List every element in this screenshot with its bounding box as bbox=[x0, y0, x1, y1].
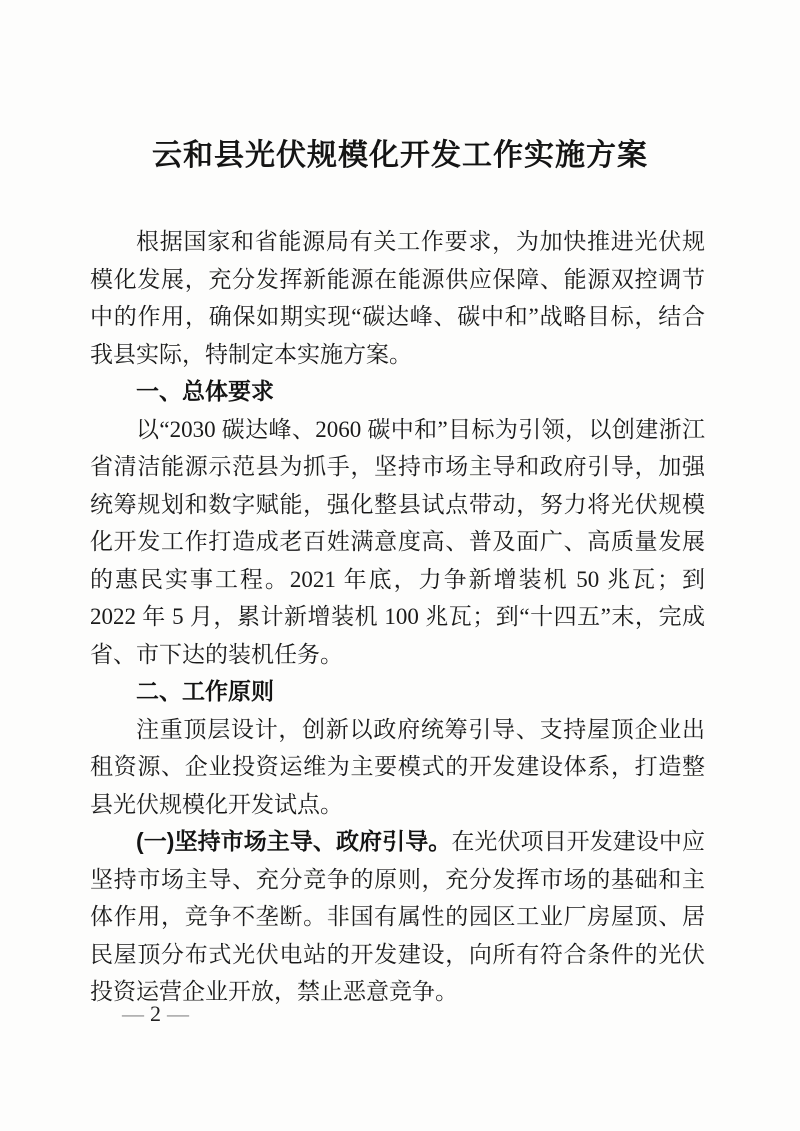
paragraph-overall-requirements: 以“2030 碳达峰、2060 碳中和”目标为引领，以创建浙江省清洁能源示范县为… bbox=[90, 411, 705, 674]
section-heading-work-principles: 二、工作原则 bbox=[90, 673, 705, 711]
footer-right-dash: — bbox=[167, 1001, 189, 1026]
footer-left-dash: — bbox=[122, 1001, 144, 1026]
paragraph-market-leadership-lead: (一)坚持市场主导、政府引导。 bbox=[136, 828, 451, 854]
page-number: 2 bbox=[144, 1001, 167, 1026]
section-heading-overall-requirements: 一、总体要求 bbox=[90, 373, 705, 411]
page-number-footer: —2— bbox=[122, 1000, 189, 1028]
paragraph-market-leadership-text: 在光伏项目开发建设中应坚持市场主导、充分竞争的原则，充分发挥市场的基础和主体作用… bbox=[90, 829, 705, 1004]
paragraph-work-principles: 注重顶层设计，创新以政府统筹引导、支持屋顶企业出租资源、企业投资运维为主要模式的… bbox=[90, 711, 705, 824]
document-title: 云和县光伏规模化开发工作实施方案 bbox=[0, 0, 800, 176]
paragraph-intro: 根据国家和省能源局有关工作要求，为加快推进光伏规模化发展，充分发挥新能源在能源供… bbox=[90, 223, 705, 373]
document-body: 根据国家和省能源局有关工作要求，为加快推进光伏规模化发展，充分发挥新能源在能源供… bbox=[90, 223, 705, 1011]
document-page: 云和县光伏规模化开发工作实施方案 根据国家和省能源局有关工作要求，为加快推进光伏… bbox=[0, 0, 800, 1131]
paragraph-market-leadership: (一)坚持市场主导、政府引导。在光伏项目开发建设中应坚持市场主导、充分竞争的原则… bbox=[90, 823, 705, 1011]
